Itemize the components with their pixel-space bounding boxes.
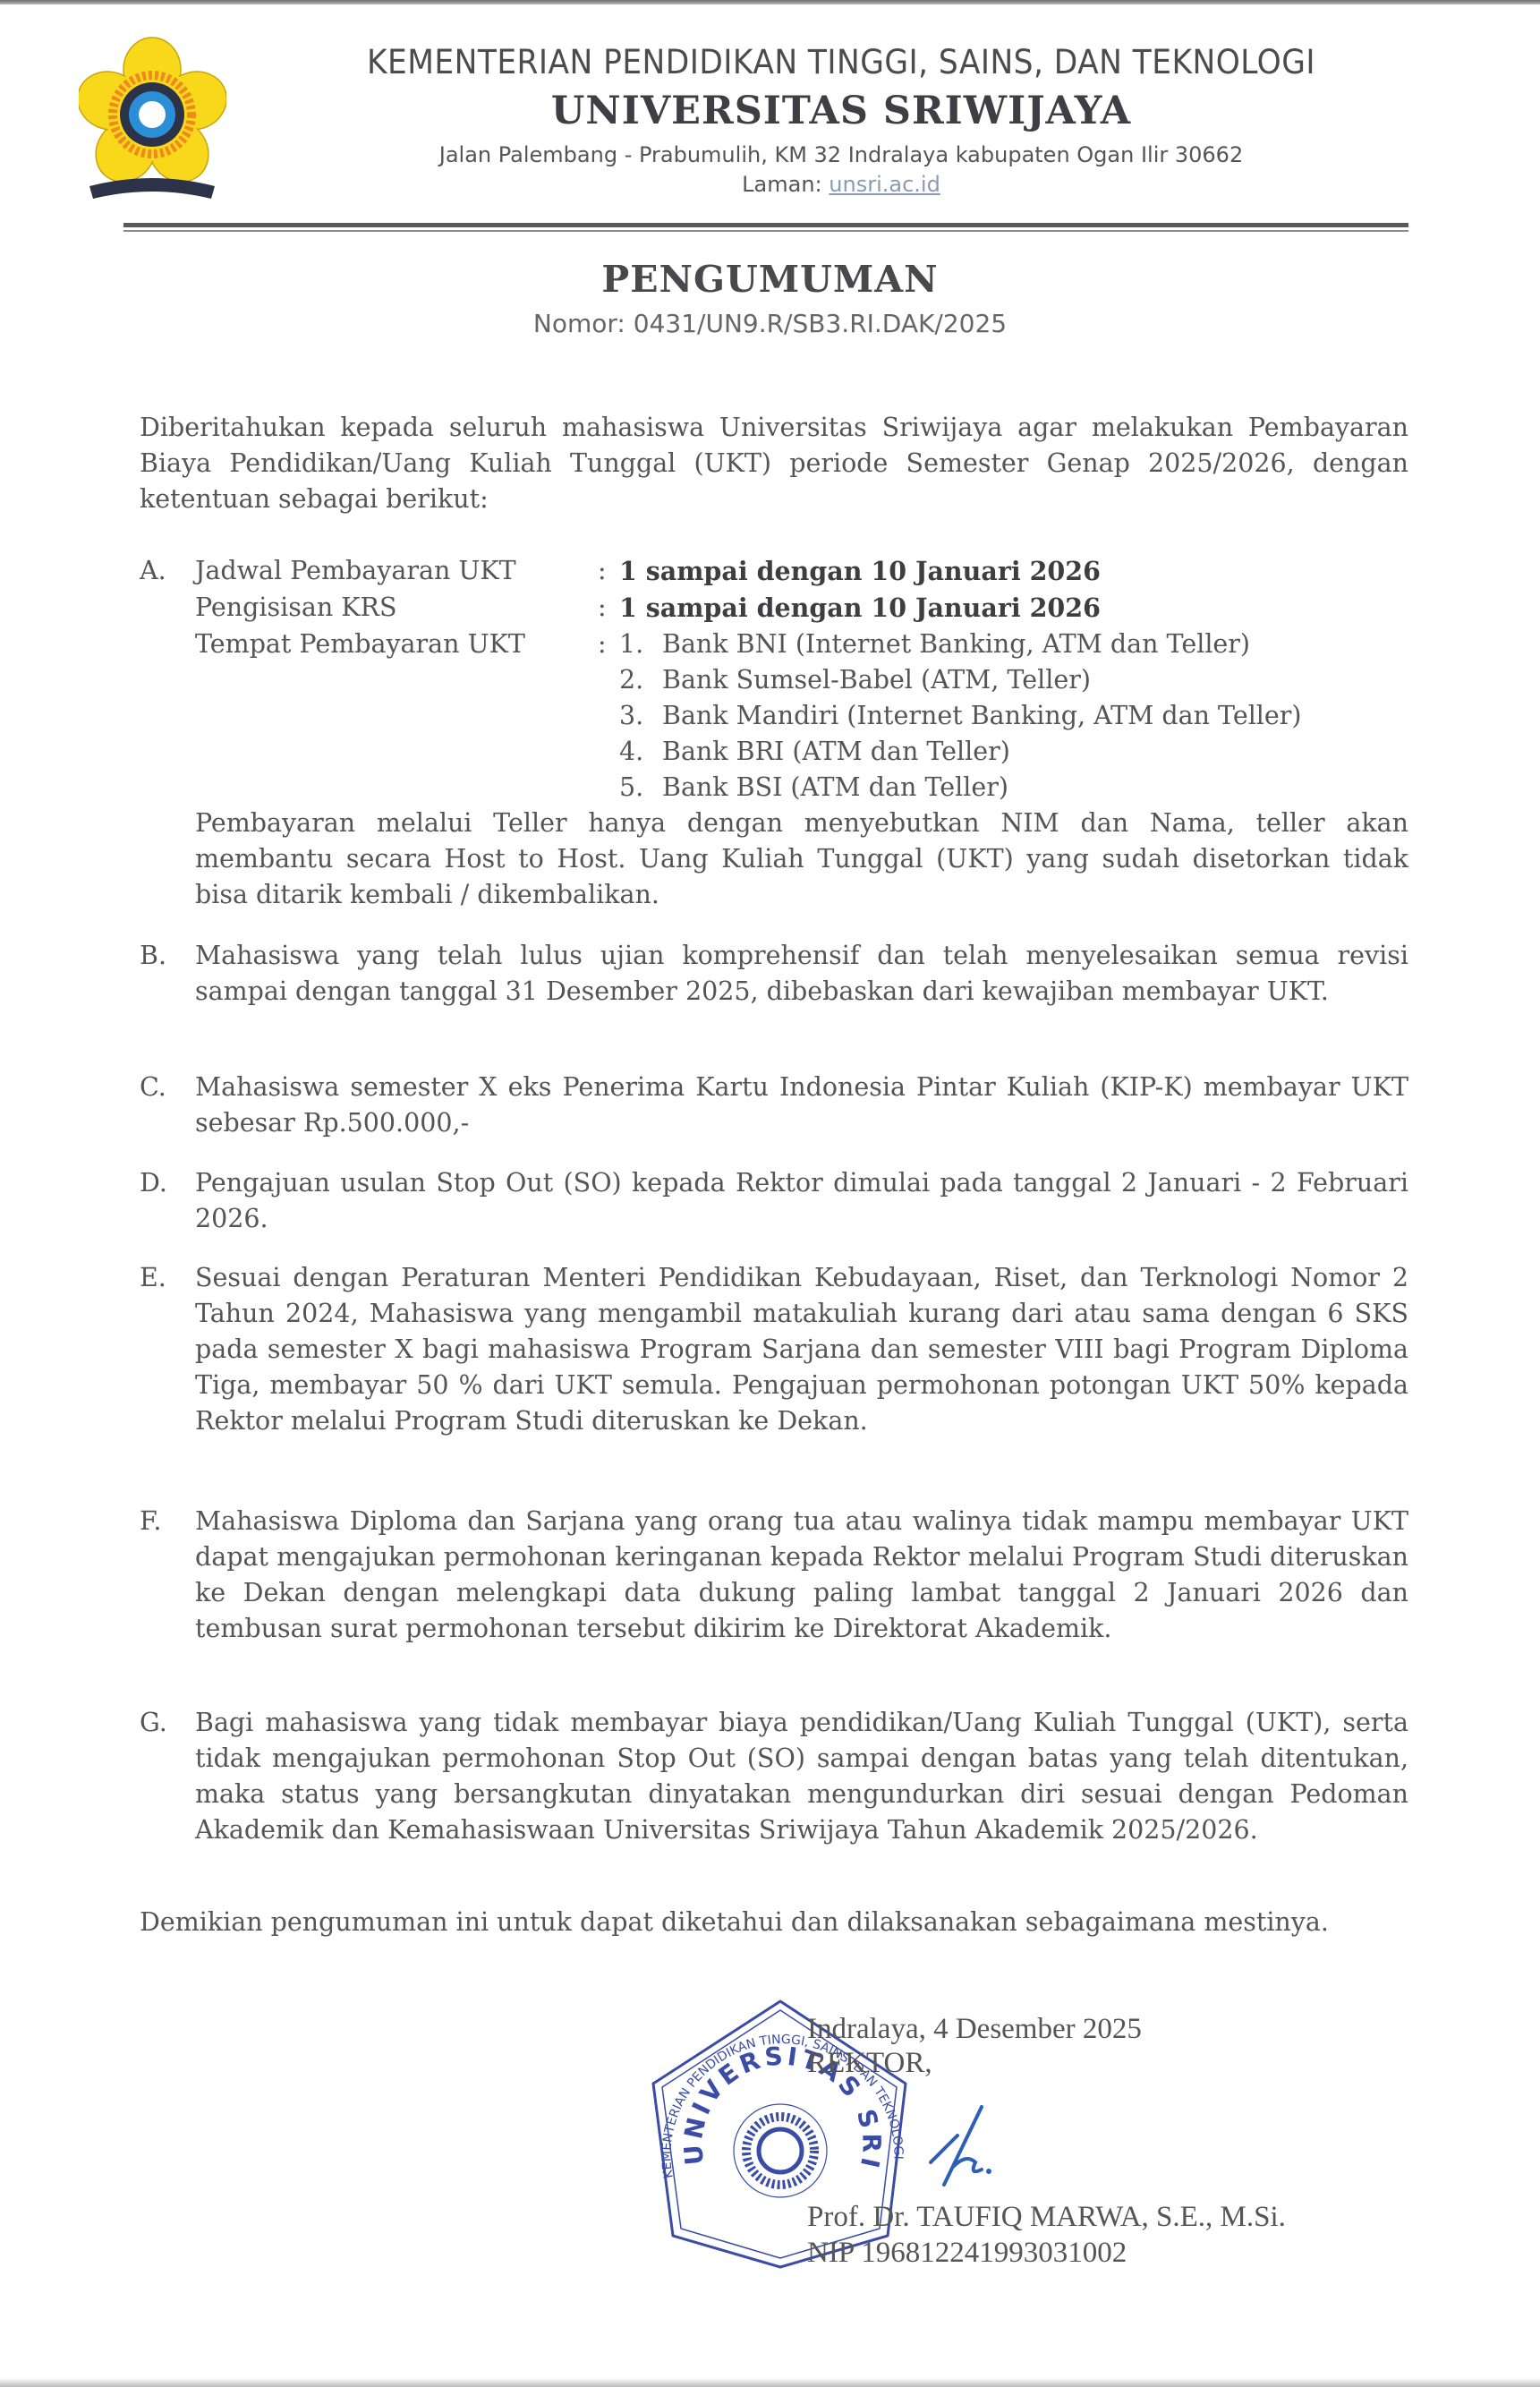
signatory: Prof. Dr. TAUFIQ MARWA, S.E., M.Si. NIP …	[807, 2199, 1286, 2271]
section-text: Sesuai dengan Peraturan Menteri Pendidik…	[195, 1260, 1408, 1439]
bank-list-item: 4. Bank BRI (ATM dan Teller)	[619, 734, 1408, 770]
bank-list-item: 2. Bank Sumsel-Babel (ATM, Teller)	[619, 662, 1408, 698]
bank-number: 2.	[619, 662, 662, 698]
bank-name: Bank BNI (Internet Banking, ATM dan Tell…	[662, 627, 1250, 662]
bank-name: Bank BSI (ATM dan Teller)	[662, 770, 1008, 806]
signatory-nip: NIP 196812241993031002	[807, 2235, 1286, 2271]
bank-name: Bank Mandiri (Internet Banking, ATM dan …	[662, 698, 1302, 734]
website-line: Laman: unsri.ac.id	[268, 170, 1414, 199]
section-text: Mahasiswa yang telah lulus ujian kompreh…	[195, 938, 1408, 1010]
payment-note: Pembayaran melalui Teller hanya dengan m…	[195, 806, 1408, 913]
university-name: UNIVERSITAS SRIWIJAYA	[268, 86, 1414, 136]
schedule-label: Pengisisan KRS	[195, 590, 598, 627]
section-text: Pengajuan usulan Stop Out (SO) kepada Re…	[195, 1165, 1408, 1237]
section-g: G. Bagi mahasiswa yang tidak membayar bi…	[140, 1705, 1408, 1848]
signatory-position: REKTOR,	[807, 2046, 1142, 2080]
section-letter: E.	[140, 1260, 190, 1296]
section-letter: B.	[140, 938, 190, 974]
bank-list-item: 3. Bank Mandiri (Internet Banking, ATM d…	[619, 698, 1408, 734]
schedule-value: 1 sampai dengan 10 Januari 2026	[619, 592, 1101, 623]
scan-edge-bottom	[0, 2378, 1540, 2387]
bank-number: 5.	[619, 770, 662, 806]
handwritten-signature-icon	[926, 2100, 1025, 2198]
intro-paragraph: Diberitahukan kepada seluruh mahasiswa U…	[140, 410, 1408, 517]
schedule-row-krs: Pengisisan KRS : 1 sampai dengan 10 Janu…	[195, 590, 1408, 627]
website-link[interactable]: unsri.ac.id	[829, 172, 940, 197]
section-f: F. Mahasiswa Diploma dan Sarjana yang or…	[140, 1504, 1408, 1647]
ministry-name: KEMENTERIAN PENDIDIKAN TINGGI, SAINS, DA…	[309, 43, 1374, 82]
section-letter: D.	[140, 1165, 190, 1201]
schedule-row-place: Tempat Pembayaran UKT : 1. Bank BNI (Int…	[195, 627, 1408, 662]
section-b: B. Mahasiswa yang telah lulus ujian komp…	[140, 938, 1408, 1010]
section-text: Mahasiswa Diploma dan Sarjana yang orang…	[195, 1504, 1408, 1647]
schedule-label: Jadwal Pembayaran UKT	[195, 553, 598, 590]
schedule-value: 1 sampai dengan 10 Januari 2026	[619, 556, 1101, 586]
signatory-name: Prof. Dr. TAUFIQ MARWA, S.E., M.Si.	[807, 2199, 1286, 2235]
document-title: PENGUMUMAN	[0, 258, 1540, 301]
closing-paragraph: Demikian pengumuman ini untuk dapat dike…	[140, 1905, 1408, 1940]
place-date: Indralaya, 4 Desember 2025	[807, 2012, 1142, 2046]
section-text: Mahasiswa semester X eks Penerima Kartu …	[195, 1070, 1408, 1141]
section-c: C. Mahasiswa semester X eks Penerima Kar…	[140, 1070, 1408, 1141]
letterhead-divider	[123, 223, 1408, 227]
letterhead-divider-thin	[123, 230, 1408, 232]
section-letter: C.	[140, 1070, 190, 1105]
section-e: E. Sesuai dengan Peraturan Menteri Pendi…	[140, 1260, 1408, 1439]
section-text: Bagi mahasiswa yang tidak membayar biaya…	[195, 1705, 1408, 1848]
university-emblem-icon	[79, 36, 226, 215]
website-label: Laman:	[742, 172, 821, 197]
letterhead: KEMENTERIAN PENDIDIKAN TINGGI, SAINS, DA…	[268, 43, 1414, 199]
schedule-row-payment: Jadwal Pembayaran UKT : 1 sampai dengan …	[195, 553, 1408, 590]
section-d: D. Pengajuan usulan Stop Out (SO) kepada…	[140, 1165, 1408, 1237]
bank-number: 4.	[619, 734, 662, 770]
document-number: Nomor: 0431/UN9.R/SB3.RI.DAK/2025	[0, 309, 1540, 338]
bank-list-item: 5. Bank BSI (ATM dan Teller)	[619, 770, 1408, 806]
bank-number: 1.	[619, 627, 662, 662]
bank-number: 3.	[619, 698, 662, 734]
bank-name: Bank BRI (ATM dan Teller)	[662, 734, 1010, 770]
university-address: Jalan Palembang - Prabumulih, KM 32 Indr…	[268, 140, 1414, 170]
section-letter: G.	[140, 1705, 190, 1741]
schedule-label: Tempat Pembayaran UKT	[195, 627, 598, 662]
bank-name: Bank Sumsel-Babel (ATM, Teller)	[662, 662, 1091, 698]
scan-edge-top	[0, 0, 1540, 4]
section-letter: F.	[140, 1504, 190, 1539]
section-letter: A.	[140, 553, 190, 589]
section-a: A. Jadwal Pembayaran UKT : 1 sampai deng…	[140, 553, 1408, 913]
signature-header: Indralaya, 4 Desember 2025 REKTOR,	[807, 2012, 1142, 2080]
